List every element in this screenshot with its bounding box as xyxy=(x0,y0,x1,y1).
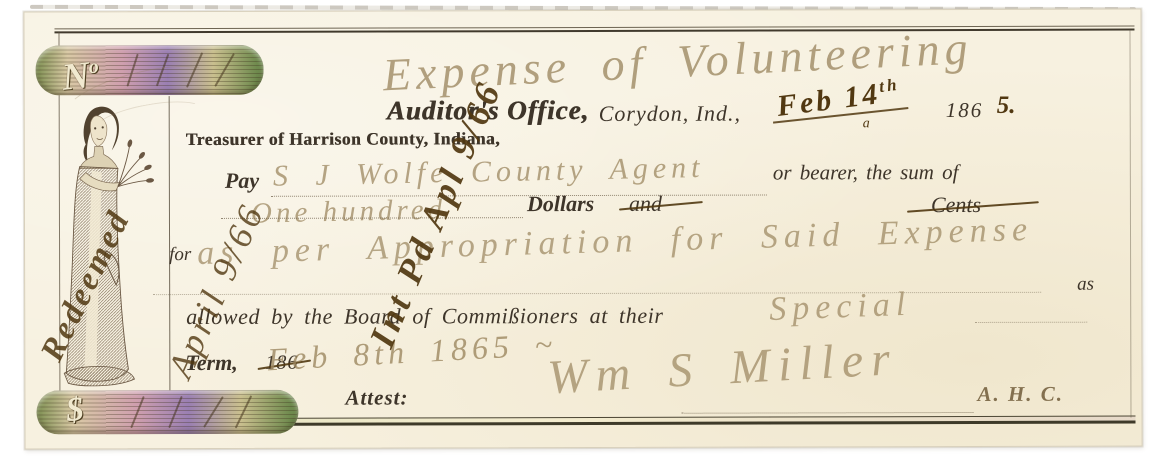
bearer-text: or bearer, the sum of xyxy=(773,160,959,185)
top-border-rule xyxy=(54,26,1134,34)
session-word-handwriting: Special xyxy=(769,286,912,329)
signature-fill-line xyxy=(681,412,973,414)
pay-label: Pay xyxy=(225,168,259,194)
payee-handwriting: S J Wolfe County Agent xyxy=(273,151,705,194)
term-date-handwriting: Feb 8th 1865 ~ xyxy=(267,326,559,379)
amount-banner: $ xyxy=(36,390,298,435)
scanned-photo-background: { "doc": { "annotation_top": "Expense of… xyxy=(0,0,1166,463)
dollars-label: Dollars xyxy=(527,191,594,217)
right-border-rule xyxy=(1129,30,1131,418)
date-subscript: a xyxy=(863,116,870,132)
cancellation-stroke xyxy=(203,396,224,428)
and-label: and xyxy=(629,191,662,217)
warrant-paper: No $ xyxy=(23,9,1142,450)
session-fill-line xyxy=(975,322,1087,323)
clerk-initials: A. H. C. xyxy=(977,382,1064,407)
signature-handwriting: Wm S Miller xyxy=(546,331,899,405)
attest-label: Attest: xyxy=(345,385,408,410)
as-label: as xyxy=(1077,274,1094,296)
cancellation-stroke xyxy=(168,396,183,428)
cancellation-stroke xyxy=(235,395,252,428)
cancellation-stroke xyxy=(130,396,145,428)
place-name: Corydon, Ind., xyxy=(599,101,741,127)
allowed-text: allowed by the Board of Commißioners at … xyxy=(186,303,663,330)
cancellation-stroke xyxy=(214,53,235,87)
handwritten-year-digit: 5. xyxy=(997,92,1016,120)
for-label: for xyxy=(169,244,191,266)
printed-year: 186 xyxy=(946,98,984,123)
